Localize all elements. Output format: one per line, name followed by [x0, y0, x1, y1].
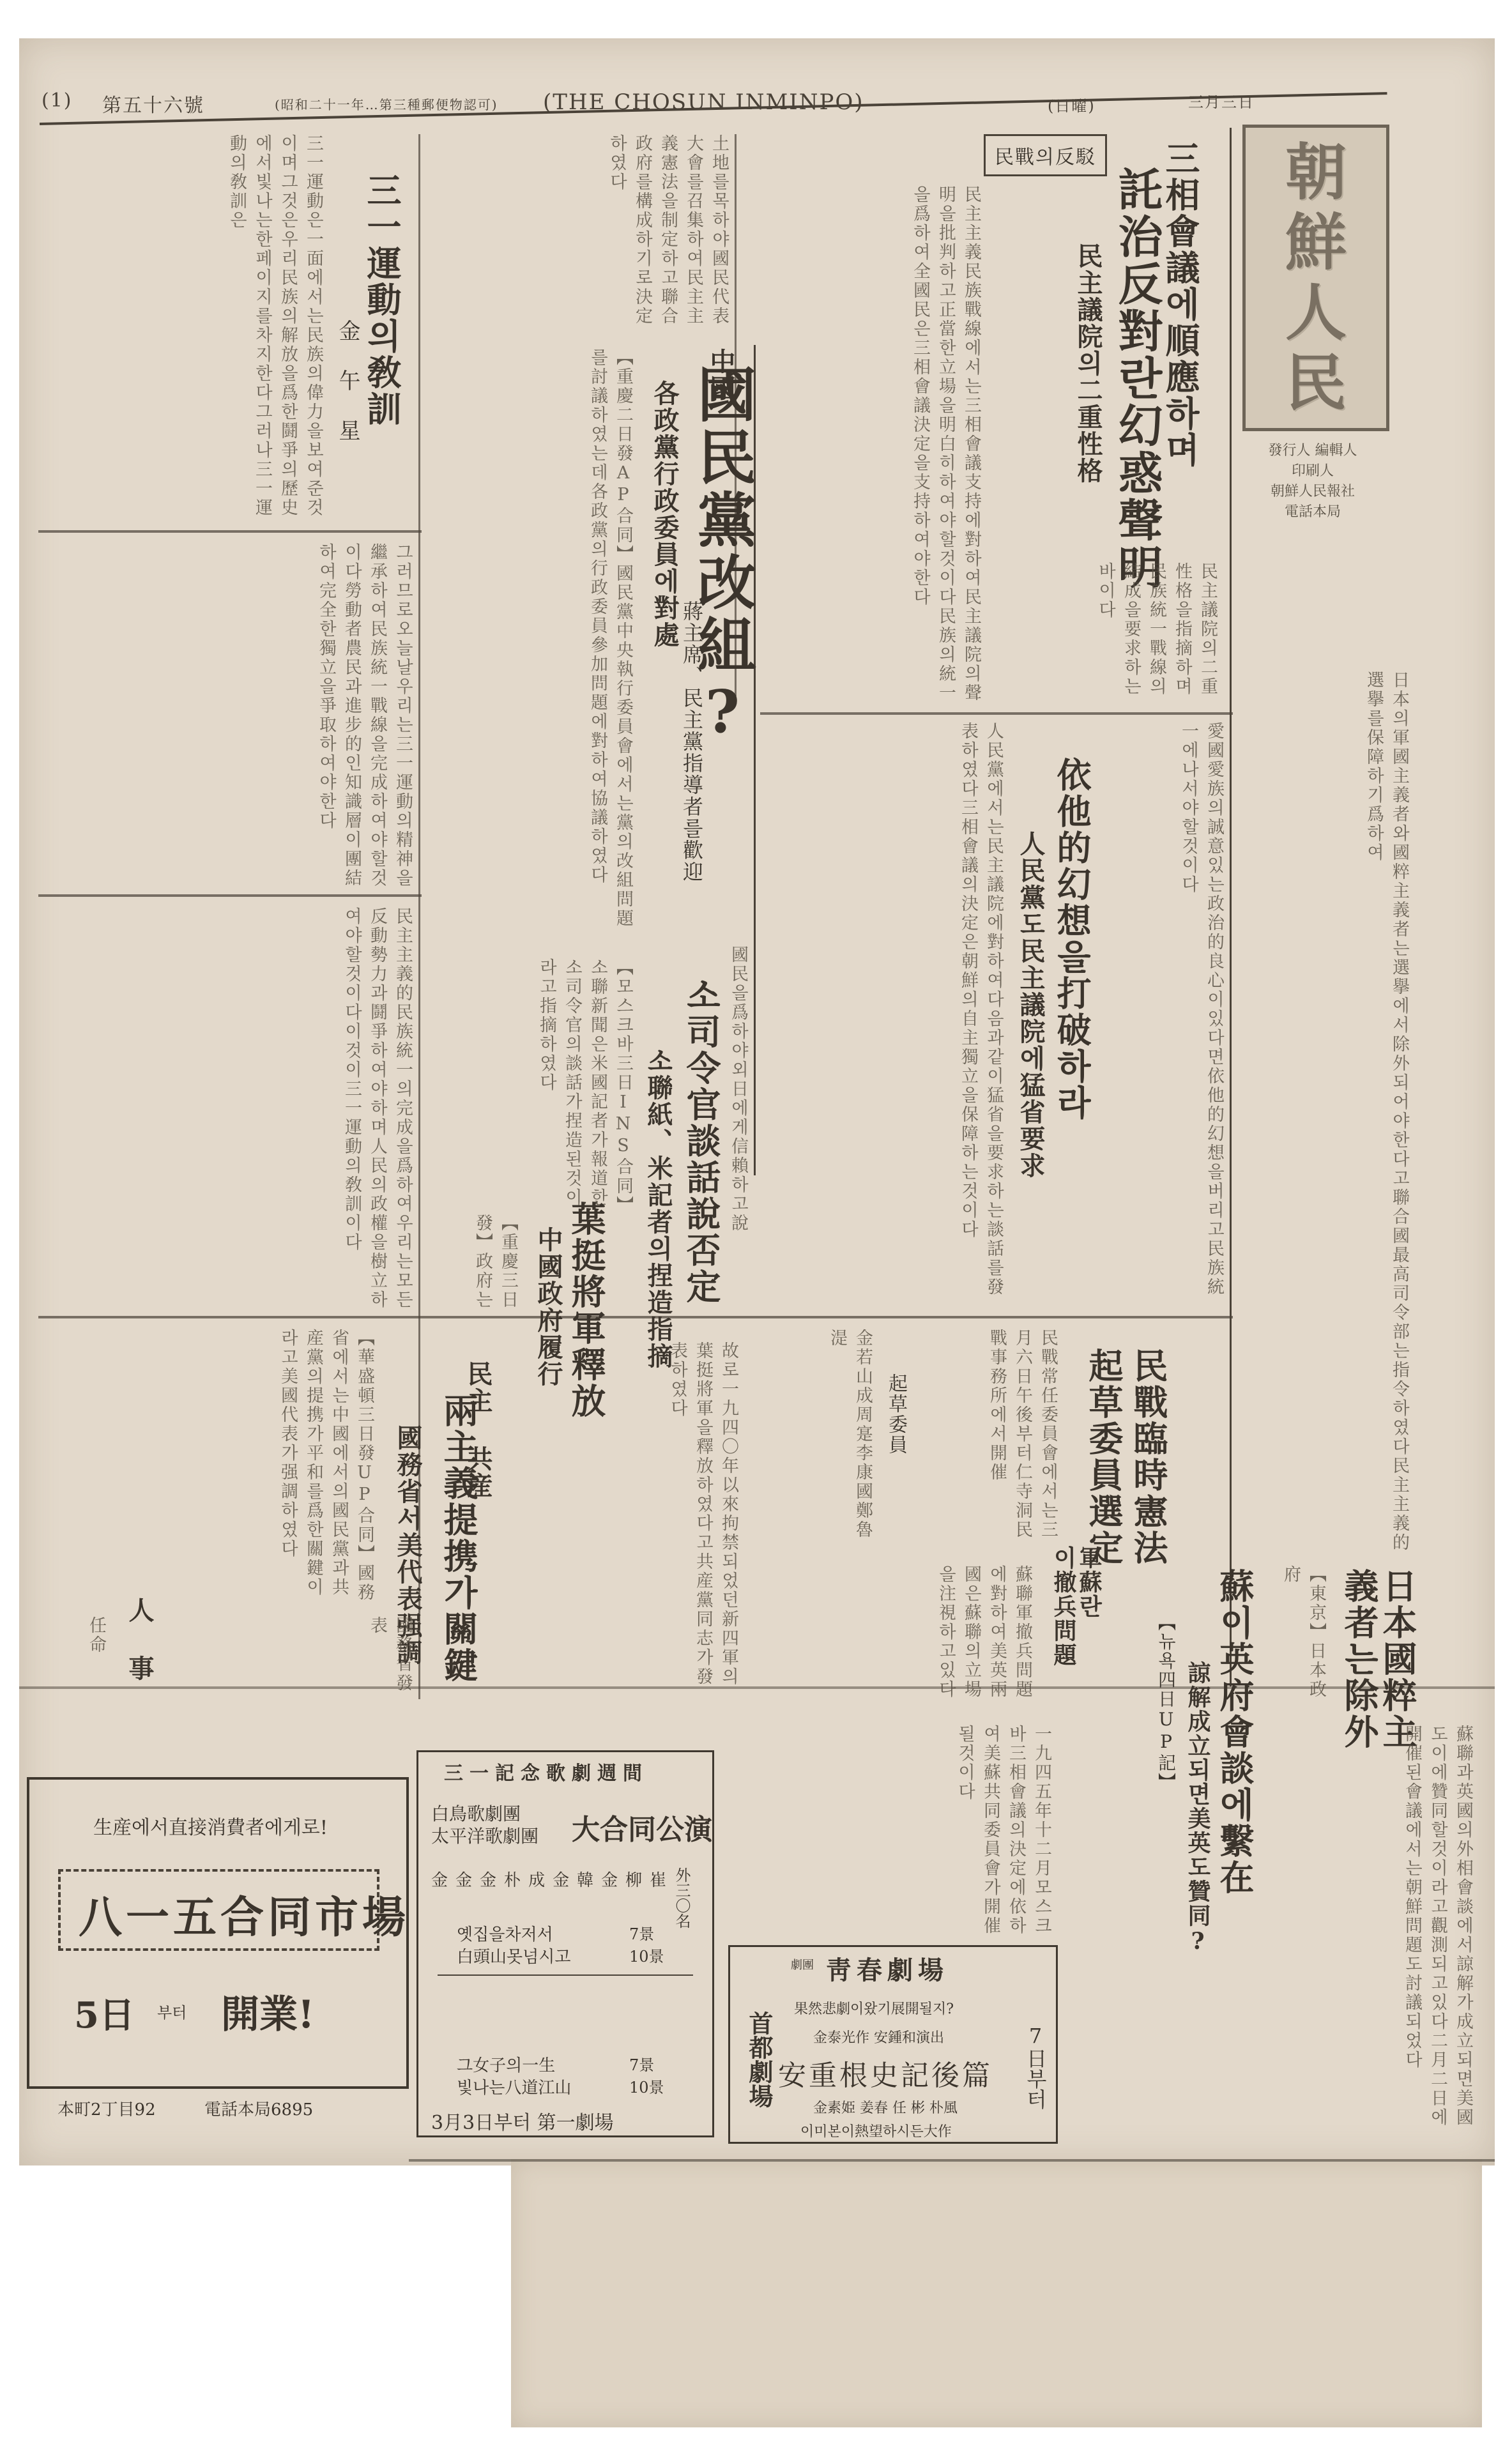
work-acts: 7景: [629, 1921, 654, 1944]
work-title: 옛집을차저서: [457, 1921, 553, 1945]
headline-provisional-constitution: 民戰臨時憲法: [1124, 1348, 1173, 1566]
theater-cast: 金素姫 姜春 任 彬 朴風: [813, 2097, 958, 2117]
section-rule: [760, 712, 1233, 715]
subhead-excluded: 義者는除外: [1335, 1568, 1384, 1750]
publisher-line: 印刷人: [1242, 461, 1383, 482]
column-label-minjeon: 民戰의反駁: [984, 134, 1107, 176]
article-body: 【華盛頓三日發UP合同】國務省에서는中國에서의國民黨과共産黨의提携가平和를爲한關…: [45, 1329, 377, 1610]
article-body: 【重慶二日發AP合同】國民黨中央執行委員會에서는黨의改組問題를討議하였는데各政黨…: [425, 348, 636, 942]
article-body: 任命: [45, 1616, 109, 1693]
headline-dependency: 依他的幻想을打破하라: [1048, 757, 1097, 1121]
article-body: 土地를목하야國民代表大會를召集하여民主主義憲法을制定하고聯合政府를構成하기로決定…: [425, 134, 731, 339]
article-body: 蘇聯軍撤兵問題에對하여美英兩國은蘇聯의立場을注視하고있다: [767, 1565, 1035, 1699]
article-body: 國民을爲하야외日에게信賴하고說: [709, 945, 751, 1252]
cast-name: 柳: [625, 1871, 650, 1890]
headline-personnel: 人 事: [121, 1597, 158, 1682]
article-body: 【모스크바三日INS合同】소聯新聞은米國記者가報道한소司令官의談話가捏造된것이라…: [425, 958, 636, 1214]
article-body: 民戰常任委員會에서는三月六日午後부터仁寺洞民戰事務所에서開催: [920, 1329, 1060, 1546]
page-number: (1): [42, 89, 73, 112]
article-body: 民主主義民族戰線에서는三相會議支持에對하여民主議院의聲明을批判하고正當한立場을明…: [767, 185, 984, 703]
theater-footer: 이미본이熱望하시든大作: [800, 2121, 952, 2141]
article-body: 그러므로오늘날우리는三一運動의精神을繼承하여民族統一戰線을完成하여야할것이다勞動…: [45, 543, 415, 888]
section-rule: [38, 1316, 1233, 1318]
ad-theater: 劇團 靑春劇場 果然悲劇이왔기展開될지? 金泰光作 安鍾和演出 安重根史記後篇 …: [728, 1945, 1058, 2144]
article-body: 日本의軍國主義者와國粹主義者는選擧에서除外되어야한다고聯合國最高司令部는指令하였…: [1239, 671, 1412, 1552]
section-rule: [38, 894, 422, 897]
committee-label: 起草委員: [882, 1373, 910, 1455]
newspaper-page-torn-extension: [511, 2159, 1482, 2427]
headline-march-first: 三一運動의敎訓: [358, 172, 407, 427]
article-body: 一九四五年十二月모스크바三相會議의決定에依하여美蘇共同委員會가開催될것이다: [767, 1725, 1054, 1936]
work-acts: 7景: [629, 2052, 654, 2075]
theater-troupe-label: 劇團: [791, 1956, 814, 1973]
article-body: 故로一九四〇年以來拘禁되었던新四軍의葉挺將軍을釋放하였다고共産黨同志가發表하였다: [600, 1341, 741, 1699]
section-rule: [38, 530, 422, 533]
subhead-democratic-council: 民主議院의二重性格: [1070, 243, 1106, 484]
publisher-line: 發行人 編輯人: [1242, 441, 1383, 461]
article-body: 三一運動은一面에서는民族의偉力을보여준것이며그것은우리民族의解放을爲한鬪爭의歷史…: [45, 134, 326, 524]
theater-credits: 金泰光作 安鍾和演出: [813, 2027, 944, 2047]
publisher-line: 朝鮮人民報社: [1242, 482, 1383, 502]
opera-cast-count: 外三〇名: [671, 1867, 693, 1928]
cast-name: 金: [431, 1871, 455, 1890]
market-phone: 電話本局6895: [204, 2096, 313, 2120]
column-rule: [1230, 128, 1232, 1686]
subhead-govt-fulfills: 中國政府履行: [530, 1226, 567, 1387]
issue-date: 三月三日: [1188, 89, 1255, 112]
article-body: 【東京】日本政府: [1239, 1565, 1329, 1699]
opera-cast: 金金金朴成金韓金柳崔: [431, 1867, 674, 1891]
open-label: 開業!: [221, 1984, 314, 2039]
registration-note: (昭和二十一年…第三種郵便物認可): [275, 95, 498, 113]
publisher-info: 發行人 編輯人 印刷人 朝鮮人民報社 電話本局: [1242, 441, 1383, 523]
open-day: 5日: [74, 1987, 135, 2038]
masthead-char: 人: [1285, 278, 1347, 348]
work-title: 白頭山못넘시고: [457, 1944, 570, 1967]
cast-name: 金: [601, 1871, 625, 1890]
cast-name: 韓: [577, 1871, 601, 1890]
headline-cooperation-key: 兩主義提携가關鍵: [434, 1393, 484, 1684]
issue-number: 第五十六號: [102, 89, 204, 118]
article-body: 愛國愛族의誠意있는政治的良心이있다면依他的幻想을버리고民族統一에나서야할것이다: [1111, 722, 1226, 1310]
cast-name: 朴: [504, 1871, 528, 1890]
theater-venue: 首都劇場: [742, 2011, 777, 2108]
market-slogan: 生産에서直接消費者에게로!: [93, 1812, 328, 1840]
work-acts: 10景: [629, 2075, 664, 2097]
masthead-char: 鮮: [1285, 208, 1347, 278]
article-body: 民主議院의二重性格을指摘하며民族統一戰線의結成을要求하는바이다: [1016, 562, 1220, 703]
weekday: (日曜): [1048, 93, 1096, 116]
theater-play: 安重根史記後篇: [778, 2052, 993, 2093]
bottom-rule: [409, 2159, 1495, 2162]
cast-name: 金: [455, 1871, 480, 1890]
subhead-peoples-party: 人民黨도民主議院에猛省要求: [1012, 830, 1049, 1179]
opera-event: 大合同公演: [572, 1806, 712, 1847]
market-name-box: 八一五合同市場: [58, 1869, 379, 1951]
byline: 金 午 星: [332, 319, 363, 442]
article-body: 金若山成周寔李康國鄭魯湜: [767, 1329, 875, 1546]
opera-footer: 3月3日부터 第一劇場: [431, 2107, 614, 2135]
article-body: 【重慶三日發】政府는: [425, 1214, 521, 1316]
troupe-1: 白鳥歌劇團: [431, 1800, 521, 1826]
theater-teaser: 果然悲劇이왔기展開될지?: [794, 1998, 954, 2018]
cast-name: 金: [480, 1871, 504, 1890]
masthead-char: 民: [1285, 348, 1347, 418]
wavy-divider: [438, 1974, 693, 1976]
masthead-char: 朝: [1285, 137, 1347, 208]
work-title: 빛나는八道江山: [457, 2075, 571, 2098]
subhead-kmt-2: 蔣主席、民主黨指導者를歡迎: [677, 600, 706, 883]
article-body: 蘇聯과英國의外相會談에서諒解가成立되면美國도이에贊同할것이라고觀測되고있다二月二…: [1060, 1725, 1476, 2140]
market-name: 八一五合同市場: [79, 1883, 409, 1945]
market-address: 本町2丁目92: [57, 2096, 156, 2120]
work-title: 그女子의一生: [457, 2052, 555, 2076]
cast-name: 金: [553, 1871, 577, 1890]
ad-opera-week: 三一記念歌劇週間 白鳥歌劇團 太平洋歌劇團 大合同公演 外三〇名 金金金朴成金韓…: [416, 1750, 714, 2137]
ad-market: 生産에서直接消費者에게로! 八一五合同市場 5日 부터 開業!: [27, 1777, 409, 2089]
opera-banner: 三一記念歌劇週間: [444, 1757, 648, 1785]
subhead-drafting-committee: 起草委員選定: [1080, 1348, 1129, 1566]
theater-name: 靑春劇場: [826, 1950, 949, 1987]
troupe-2: 太平洋歌劇團: [431, 1822, 538, 1848]
theater-start: 7日부터: [1021, 2024, 1050, 2109]
article-body: 國務省發表: [153, 1616, 415, 1693]
work-acts: 10景: [629, 1944, 664, 1966]
masthead: 朝 鮮 人 民: [1242, 125, 1389, 431]
headline-withdrawal: 이撤兵問題: [1048, 1546, 1080, 1667]
cast-name: 崔: [650, 1871, 674, 1890]
publisher-line: 電話本局: [1242, 502, 1383, 523]
open-from: 부터: [157, 2000, 187, 2022]
subhead-soviet-paper: 소聯紙、米記者의捏造指摘: [640, 1048, 676, 1370]
headline-trusteeship: 託治反對란幻惑聲明: [1105, 166, 1170, 592]
article-body: 人民黨에서는民主議院에對하여다음과같이猛省을要求하는談話를發表하였다三相會議의決…: [763, 722, 1006, 1310]
article-body: 民主主義的民族統一의完成을爲하여우리는모든反動勢力과鬪爭하여야하며人民의政權을樹…: [45, 907, 415, 1310]
cast-name: 成: [528, 1871, 553, 1890]
